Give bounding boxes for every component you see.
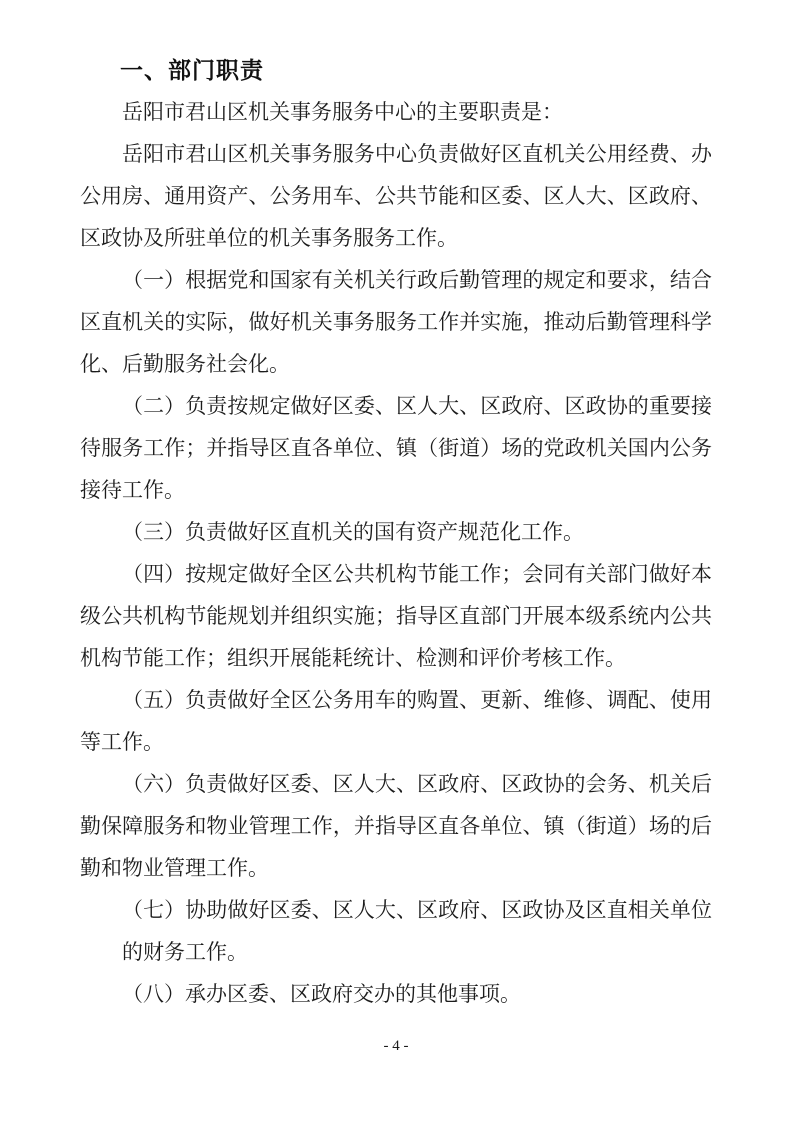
page-number: - 4 -: [80, 1036, 712, 1056]
paragraph-item-5: （五）负责做好全区公务用车的购置、更新、维修、调配、使用等工作。: [80, 679, 712, 763]
paragraph-overview: 岳阳市君山区机关事务服务中心负责做好区直机关公用经费、办公用房、通用资产、公务用…: [80, 133, 712, 259]
paragraph-item-2: （二）负责按规定做好区委、区人大、区政府、区政协的重要接待服务工作；并指导区直各…: [80, 385, 712, 511]
document-page: 一、部门职责 岳阳市君山区机关事务服务中心的主要职责是： 岳阳市君山区机关事务服…: [0, 0, 793, 1122]
paragraph-item-6: （六）负责做好区委、区人大、区政府、区政协的会务、机关后勤保障服务和物业管理工作…: [80, 763, 712, 889]
paragraph-item-1: （一）根据党和国家有关机关行政后勤管理的规定和要求，结合区直机关的实际，做好机关…: [80, 259, 712, 385]
paragraph-item-8: （八）承办区委、区政府交办的其他事项。: [80, 973, 712, 1015]
paragraph-item-3: （三）负责做好区直机关的国有资产规范化工作。: [80, 511, 712, 553]
document-body: 岳阳市君山区机关事务服务中心的主要职责是： 岳阳市君山区机关事务服务中心负责做好…: [80, 91, 712, 1015]
section-heading: 一、部门职责: [80, 49, 712, 91]
paragraph-intro: 岳阳市君山区机关事务服务中心的主要职责是：: [80, 91, 712, 133]
paragraph-item-4: （四）按规定做好全区公共机构节能工作；会同有关部门做好本级公共机构节能规划并组织…: [80, 553, 712, 679]
paragraph-item-7: （七）协助做好区委、区人大、区政府、区政协及区直相关单位的财务工作。: [80, 889, 712, 973]
